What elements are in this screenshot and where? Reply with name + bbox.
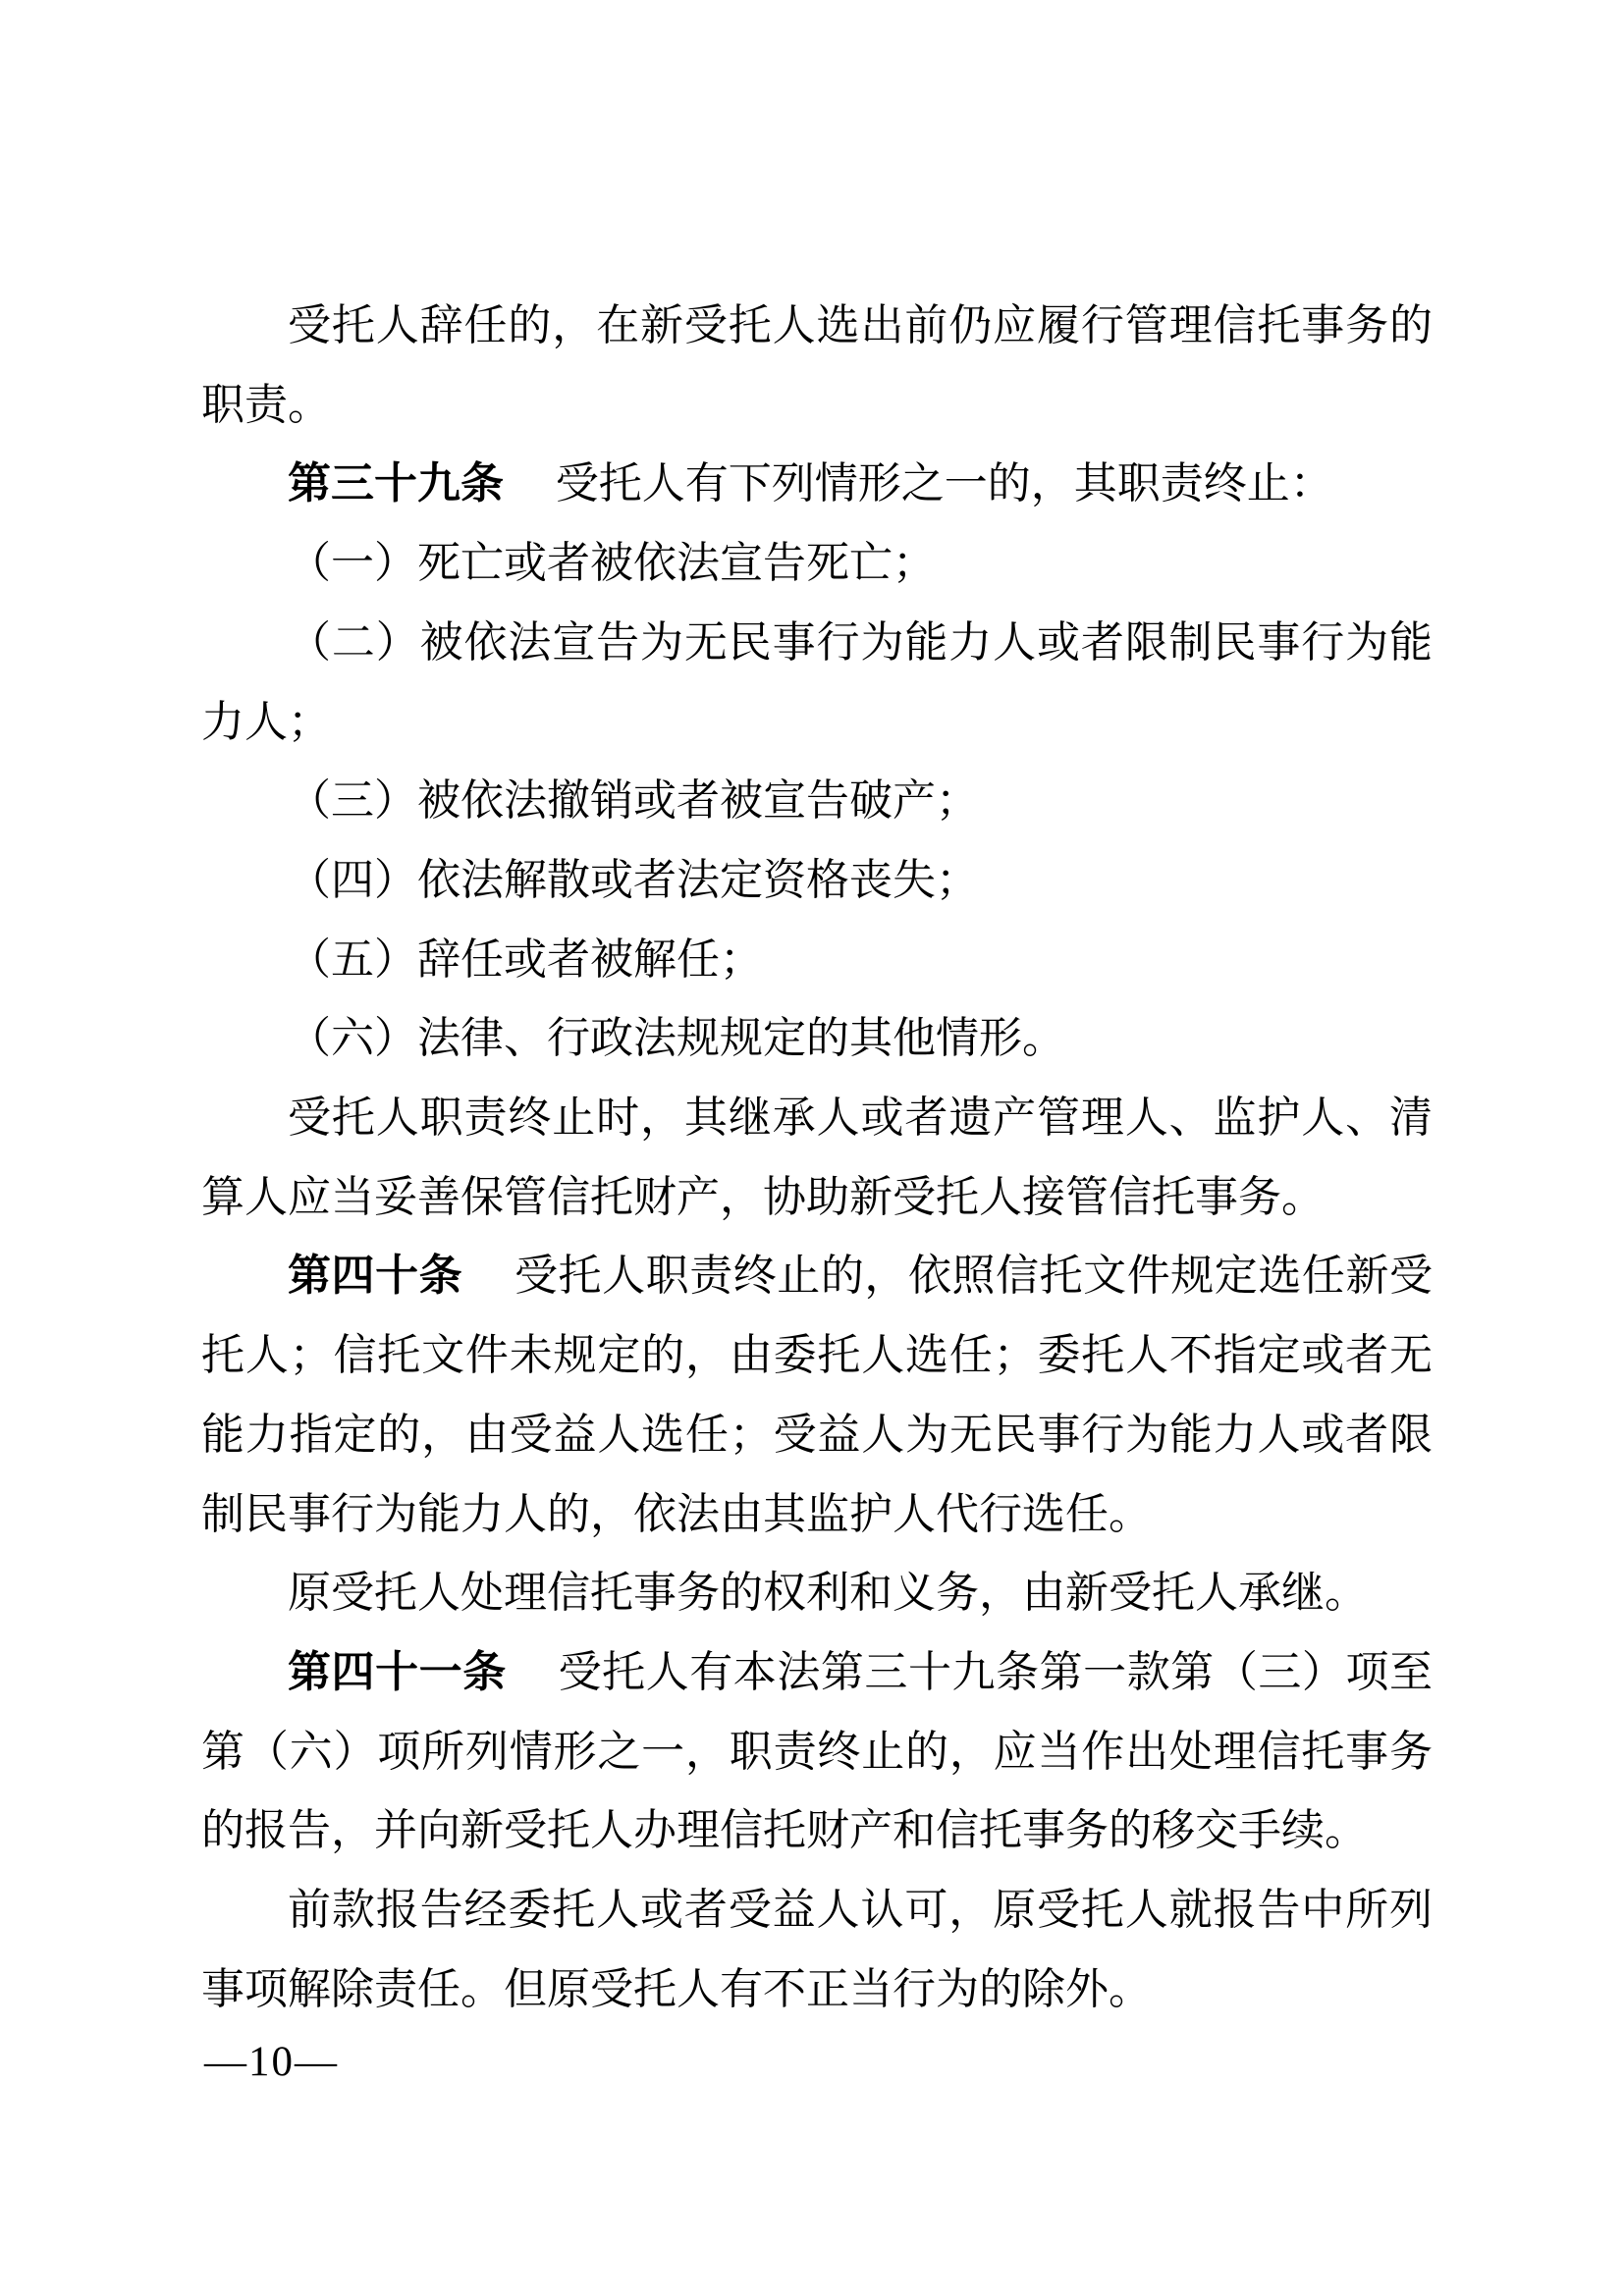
article-39-number: 第三十九条	[288, 459, 504, 507]
paragraph-text: （一）死亡或者被依法宣告死亡；	[288, 539, 936, 587]
paragraph-text: （五）辞任或者被解任；	[288, 935, 763, 984]
article-39-item-5: （五）辞任或者被解任；	[201, 921, 1433, 1000]
paragraph-text: （四）依法解散或者法定资格丧失；	[288, 856, 979, 904]
article-39-heading-paragraph: 第三十九条受托人有下列情形之一的，其职责终止：	[201, 445, 1433, 524]
article-39-item-6: （六）法律、行政法规规定的其他情形。	[201, 999, 1433, 1079]
article-39-item-3: （三）被依法撤销或者被宣告破产；	[201, 762, 1433, 841]
paragraph-trustee-resignation-duty: 受托人辞任的，在新受托人选出前仍应履行管理信托事务的职责。	[201, 287, 1433, 445]
article-39-text: 受托人有下列情形之一的，其职责终止：	[556, 459, 1333, 507]
article-40-paragraph: 第四十条受托人职责终止的，依照信托文件规定选任新受托人；信托文件未规定的，由委托…	[201, 1237, 1433, 1554]
paragraph-duty-termination-custody: 受托人职责终止时，其继承人或者遗产管理人、监护人、清算人应当妥善保管信托财产，协…	[201, 1079, 1433, 1237]
paragraph-report-release: 前款报告经委托人或者受益人认可，原受托人就报告中所列事项解除责任。但原受托人有不…	[201, 1871, 1433, 2029]
article-41-paragraph: 第四十一条受托人有本法第三十九条第一款第（三）项至第（六）项所列情形之一，职责终…	[201, 1633, 1433, 1871]
page-number: —10—	[204, 2038, 339, 2087]
paragraph-text: 前款报告经委托人或者受益人认可，原受托人就报告中所列事项解除责任。但原受托人有不…	[201, 1886, 1433, 2013]
article-39-item-2: （二）被依法宣告为无民事行为能力人或者限制民事行为能力人；	[201, 604, 1433, 762]
paragraph-text: 原受托人处理信托事务的权利和义务，由新受托人承继。	[288, 1569, 1368, 1617]
paragraph-text: （六）法律、行政法规规定的其他情形。	[288, 1014, 1065, 1062]
paragraph-rights-succession: 原受托人处理信托事务的权利和义务，由新受托人承继。	[201, 1554, 1433, 1633]
paragraph-text: 受托人辞任的，在新受托人选出前仍应履行管理信托事务的职责。	[201, 301, 1433, 429]
paragraph-text: （二）被依法宣告为无民事行为能力人或者限制民事行为能力人；	[201, 618, 1433, 746]
paragraph-text: 受托人职责终止时，其继承人或者遗产管理人、监护人、清算人应当妥善保管信托财产，协…	[201, 1094, 1433, 1221]
article-40-number: 第四十条	[288, 1252, 462, 1300]
article-39-item-4: （四）依法解散或者法定资格丧失；	[201, 841, 1433, 921]
paragraph-text: （三）被依法撤销或者被宣告破产；	[288, 776, 979, 825]
document-page: 受托人辞任的，在新受托人选出前仍应履行管理信托事务的职责。 第三十九条受托人有下…	[0, 0, 1624, 2296]
document-text-block: 受托人辞任的，在新受托人选出前仍应履行管理信托事务的职责。 第三十九条受托人有下…	[201, 287, 1433, 2029]
article-39-item-1: （一）死亡或者被依法宣告死亡；	[201, 524, 1433, 604]
article-41-number: 第四十一条	[288, 1648, 507, 1696]
